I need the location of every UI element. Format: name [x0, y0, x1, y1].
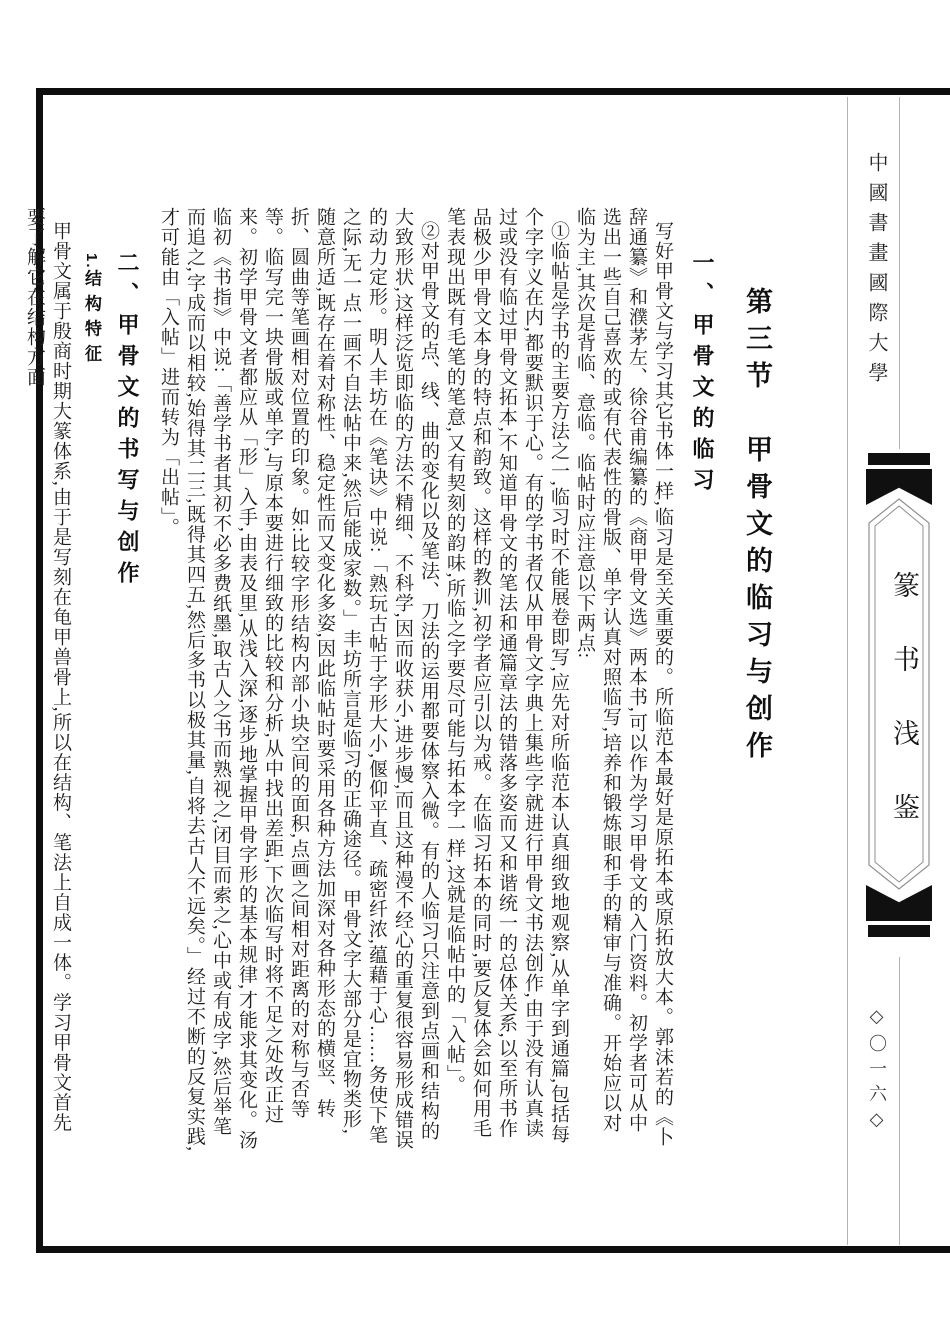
subsection-heading: 1.结构特征: [79, 207, 104, 1152]
spine-rule-right-upper: [899, 97, 900, 449]
publisher-header: 中國書畫國際大學: [862, 152, 891, 392]
book-page-scan: { "page": { "publisher_header": "中國書畫國際大…: [0, 0, 950, 1344]
paragraph: ②对甲骨文的点、线、曲的变化以及笔法、刀法的运用都要体察入微。有的人临习只注意到…: [155, 207, 441, 1152]
folio-page-number: ◇〇一六◇: [864, 1006, 890, 1137]
chapter-title: 第三节 甲骨文的临习与创作: [738, 207, 777, 1152]
book-title-emblem: 篆书浅鉴: [866, 453, 932, 945]
book-title: 篆书浅鉴: [885, 571, 924, 867]
emblem-bottom-bar: [868, 925, 930, 937]
paragraph: 甲骨文属于殷商时期大篆体系,由于是写刻在龟甲兽骨上,所以在结构、笔法上自成一体。…: [21, 207, 73, 1152]
section-heading-1: 一、甲骨文的临习: [687, 207, 718, 1152]
subsection-number: 1.: [83, 253, 100, 270]
main-text-block: 第三节 甲骨文的临习与创作 一、甲骨文的临习 写好甲骨文与学习其它书体一样,临习…: [21, 207, 777, 1152]
subsection-title: 结构特征: [82, 270, 101, 370]
spine-rule-left: [847, 97, 848, 1245]
paragraph: ①临帖是学书的主要方法之一,临习时不能展卷即写,应先对所临范本认真细致地观察,从…: [441, 207, 571, 1152]
section-heading-2: 二、甲骨文的书写与创作: [112, 207, 143, 1152]
spine-rule-right-lower: [899, 957, 900, 1245]
emblem-top-bar: [868, 453, 930, 465]
paragraph: 写好甲骨文与学习其它书体一样,临习是至关重要的。所临范本最好是原拓本或原拓放大本…: [571, 207, 675, 1152]
